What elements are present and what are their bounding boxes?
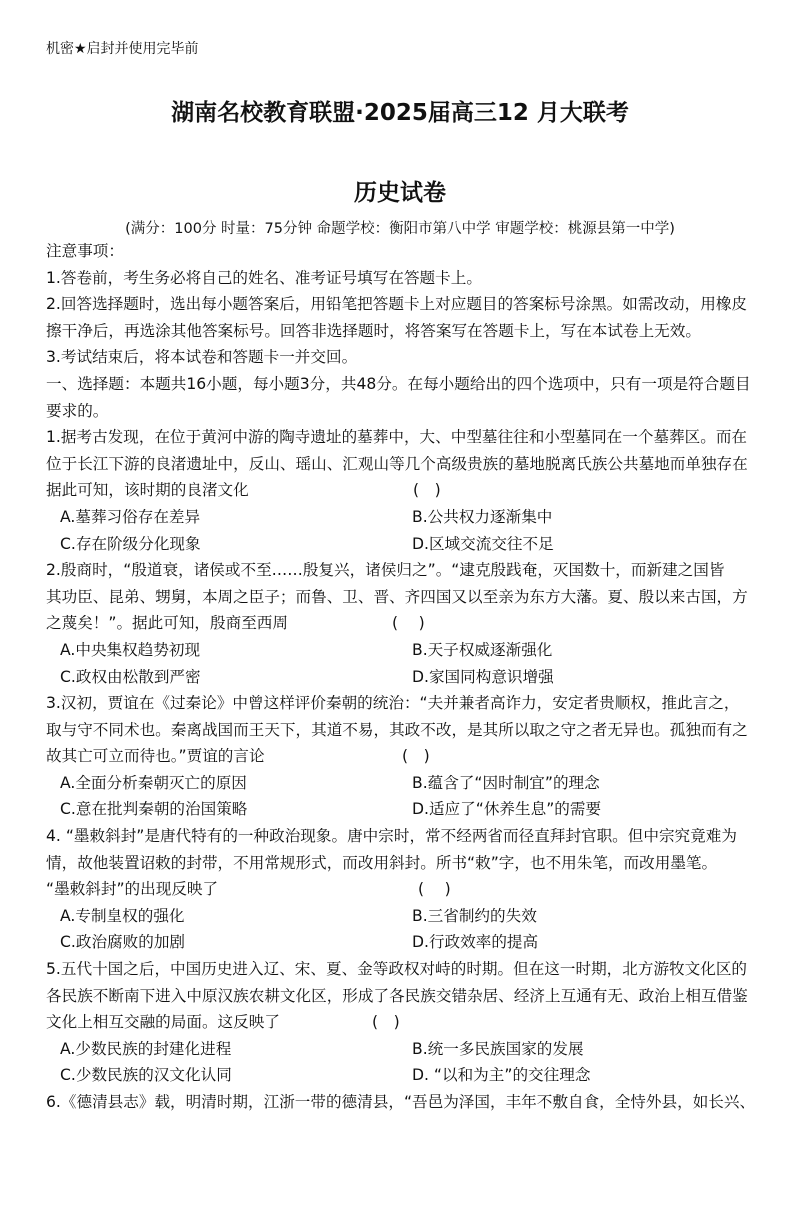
answer-blank: ( ) [372,1009,400,1036]
option-d: D.适应了“休养生息”的需要 [412,796,601,823]
question-stem-last: 文化上相互交融的局面。这反映了 ( ) [46,1009,776,1036]
confidential-notice: 机密★启封并使用完毕前 [46,38,199,58]
question-stem-text: 文化上相互交融的局面。这反映了 [46,1013,280,1031]
question-stem-text: 之蔑矣！”。据此可知，殷商至西周 [46,614,288,632]
exam-title: 湖南名校教育联盟·2025届高三12 月大联考 [0,94,800,127]
question-6: 6.《德清县志》载，明清时期，江浙一带的德清县，“吾邑为泽国，丰年不敷自食，全恃… [46,1089,776,1116]
options-row: A.全面分析秦朝灭亡的原因 B.蕴含了“因时制宜”的理念 [46,770,776,797]
answer-blank: ( ) [413,477,441,504]
option-a: A.少数民族的封建化进程 [60,1036,231,1063]
question-stem-text: 据此可知，该时期的良渚文化 [46,481,249,499]
options-row: A.少数民族的封建化进程 B.统一多民族国家的发展 [46,1036,776,1063]
question-stem-line: 1.据考古发现，在位于黄河中游的陶寺遗址的墓葬中，大、中型墓往往和小型墓同在一个… [46,424,776,451]
option-d: D. “以和为主”的交往理念 [412,1062,590,1089]
question-stem-line: 4. “墨敕斜封”是唐代特有的一种政治现象。唐中宗时，常不经两省而径直拜封官职。… [46,823,776,850]
option-c: C.少数民族的汉文化认同 [60,1062,232,1089]
option-a: A.墓葬习俗存在差异 [60,504,200,531]
exam-body: 注意事项： 1.答卷前，考生务必将自己的姓名、准考证号填写在答题卡上。 2.回答… [46,238,776,1116]
question-stem-line: 情，故他装置诏敕的封带，不用常规形式，而改用斜封。所书“敕”字，也不用朱笔，而改… [46,850,776,877]
option-b: B.公共权力逐渐集中 [412,504,552,531]
option-a: A.全面分析秦朝灭亡的原因 [60,770,247,797]
question-stem-line: 取与守不同术也。秦离战国而王天下，其道不易，其政不改，是其所以取之守之者无异也。… [46,717,776,744]
note-item-3: 3.考试结束后，将本试卷和答题卡一并交回。 [46,344,776,371]
option-a: A.中央集权趋势初现 [60,637,200,664]
options-row: C.存在阶级分化现象 D.区域交流交往不足 [46,531,776,558]
note-item-1: 1.答卷前，考生务必将自己的姓名、准考证号填写在答题卡上。 [46,265,776,292]
options-row: C.少数民族的汉文化认同 D. “以和为主”的交往理念 [46,1062,776,1089]
option-d: D.家国同构意识增强 [412,664,554,691]
section-heading: 一、选择题：本题共16小题，每小题3分，共48分。在每小题给出的四个选项中，只有… [46,371,776,398]
option-c: C.存在阶级分化现象 [60,531,201,558]
question-4: 4. “墨敕斜封”是唐代特有的一种政治现象。唐中宗时，常不经两省而径直拜封官职。… [46,823,776,956]
exam-page: 机密★启封并使用完毕前 湖南名校教育联盟·2025届高三12 月大联考 历史试卷… [0,0,800,1205]
question-stem-text: 故其亡可立而待也。”贾谊的言论 [46,747,265,765]
question-stem-line: 3.汉初，贾谊在《过秦论》中曾这样评价秦朝的统治：“夫并兼者高诈力，安定者贵顺权… [46,690,776,717]
question-1: 1.据考古发现，在位于黄河中游的陶寺遗址的墓葬中，大、中型墓往往和小型墓同在一个… [46,424,776,557]
option-a: A.专制皇权的强化 [60,903,185,930]
answer-blank: ( ) [392,610,425,637]
option-b: B.统一多民族国家的发展 [412,1036,584,1063]
notes-heading: 注意事项： [46,238,776,265]
question-stem-last: 之蔑矣！”。据此可知，殷商至西周 ( ) [46,610,776,637]
question-stem-text: “墨敕斜封”的出现反映了 [46,880,218,898]
option-d: D.行政效率的提高 [412,929,538,956]
question-2: 2.殷商时，“殷道衰，诸侯或不至……殷复兴，诸侯归之”。“逮克殷践奄，灭国数十，… [46,557,776,690]
question-stem-last: 据此可知，该时期的良渚文化 ( ) [46,477,776,504]
option-d: D.区域交流交往不足 [412,531,554,558]
option-c: C.意在批判秦朝的治国策略 [60,796,247,823]
note-item-2: 2.回答选择题时，选出每小题答案后，用铅笔把答题卡上对应题目的答案标号涂黑。如需… [46,291,776,318]
question-stem-line: 各民族不断南下进入中原汉族农耕文化区，形成了各民族交错杂居、经济上互通有无、政治… [46,983,776,1010]
question-stem-last: “墨敕斜封”的出现反映了 ( ) [46,876,776,903]
question-stem-last: 故其亡可立而待也。”贾谊的言论 ( ) [46,743,776,770]
note-item-2-cont: 擦干净后，再选涂其他答案标号。回答非选择题时，将答案写在答题卡上，写在本试卷上无… [46,318,776,345]
options-row: A.专制皇权的强化 B.三省制约的失效 [46,903,776,930]
exam-info: (满分：100分 时量：75分钟 命题学校：衡阳市第八中学 审题学校：桃源县第一… [0,217,800,238]
options-row: A.墓葬习俗存在差异 B.公共权力逐渐集中 [46,504,776,531]
options-row: A.中央集权趋势初现 B.天子权威逐渐强化 [46,637,776,664]
option-b: B.三省制约的失效 [412,903,537,930]
options-row: C.政权由松散到严密 D.家国同构意识增强 [46,664,776,691]
answer-blank: ( ) [418,876,451,903]
subject-title: 历史试卷 [0,174,800,207]
question-stem-line: 5.五代十国之后，中国历史进入辽、宋、夏、金等政权对峙的时期。但在这一时期，北方… [46,956,776,983]
question-stem-line: 2.殷商时，“殷道衰，诸侯或不至……殷复兴，诸侯归之”。“逮克殷践奄，灭国数十，… [46,557,776,584]
question-stem-line: 6.《德清县志》载，明清时期，江浙一带的德清县，“吾邑为泽国，丰年不敷自食，全恃… [46,1089,776,1116]
question-3: 3.汉初，贾谊在《过秦论》中曾这样评价秦朝的统治：“夫并兼者高诈力，安定者贵顺权… [46,690,776,823]
option-c: C.政治腐败的加剧 [60,929,185,956]
question-stem-line: 其功臣、昆弟、甥舅，本周之臣子；而鲁、卫、晋、齐四国又以至亲为东方大藩。夏、殷以… [46,584,776,611]
question-5: 5.五代十国之后，中国历史进入辽、宋、夏、金等政权对峙的时期。但在这一时期，北方… [46,956,776,1089]
section-heading-cont: 要求的。 [46,398,776,425]
options-row: C.意在批判秦朝的治国策略 D.适应了“休养生息”的需要 [46,796,776,823]
option-c: C.政权由松散到严密 [60,664,201,691]
option-b: B.天子权威逐渐强化 [412,637,552,664]
question-stem-line: 位于长江下游的良渚遗址中，反山、瑶山、汇观山等几个高级贵族的墓地脱离氏族公共墓地… [46,451,776,478]
answer-blank: ( ) [402,743,430,770]
options-row: C.政治腐败的加剧 D.行政效率的提高 [46,929,776,956]
option-b: B.蕴含了“因时制宜”的理念 [412,770,600,797]
